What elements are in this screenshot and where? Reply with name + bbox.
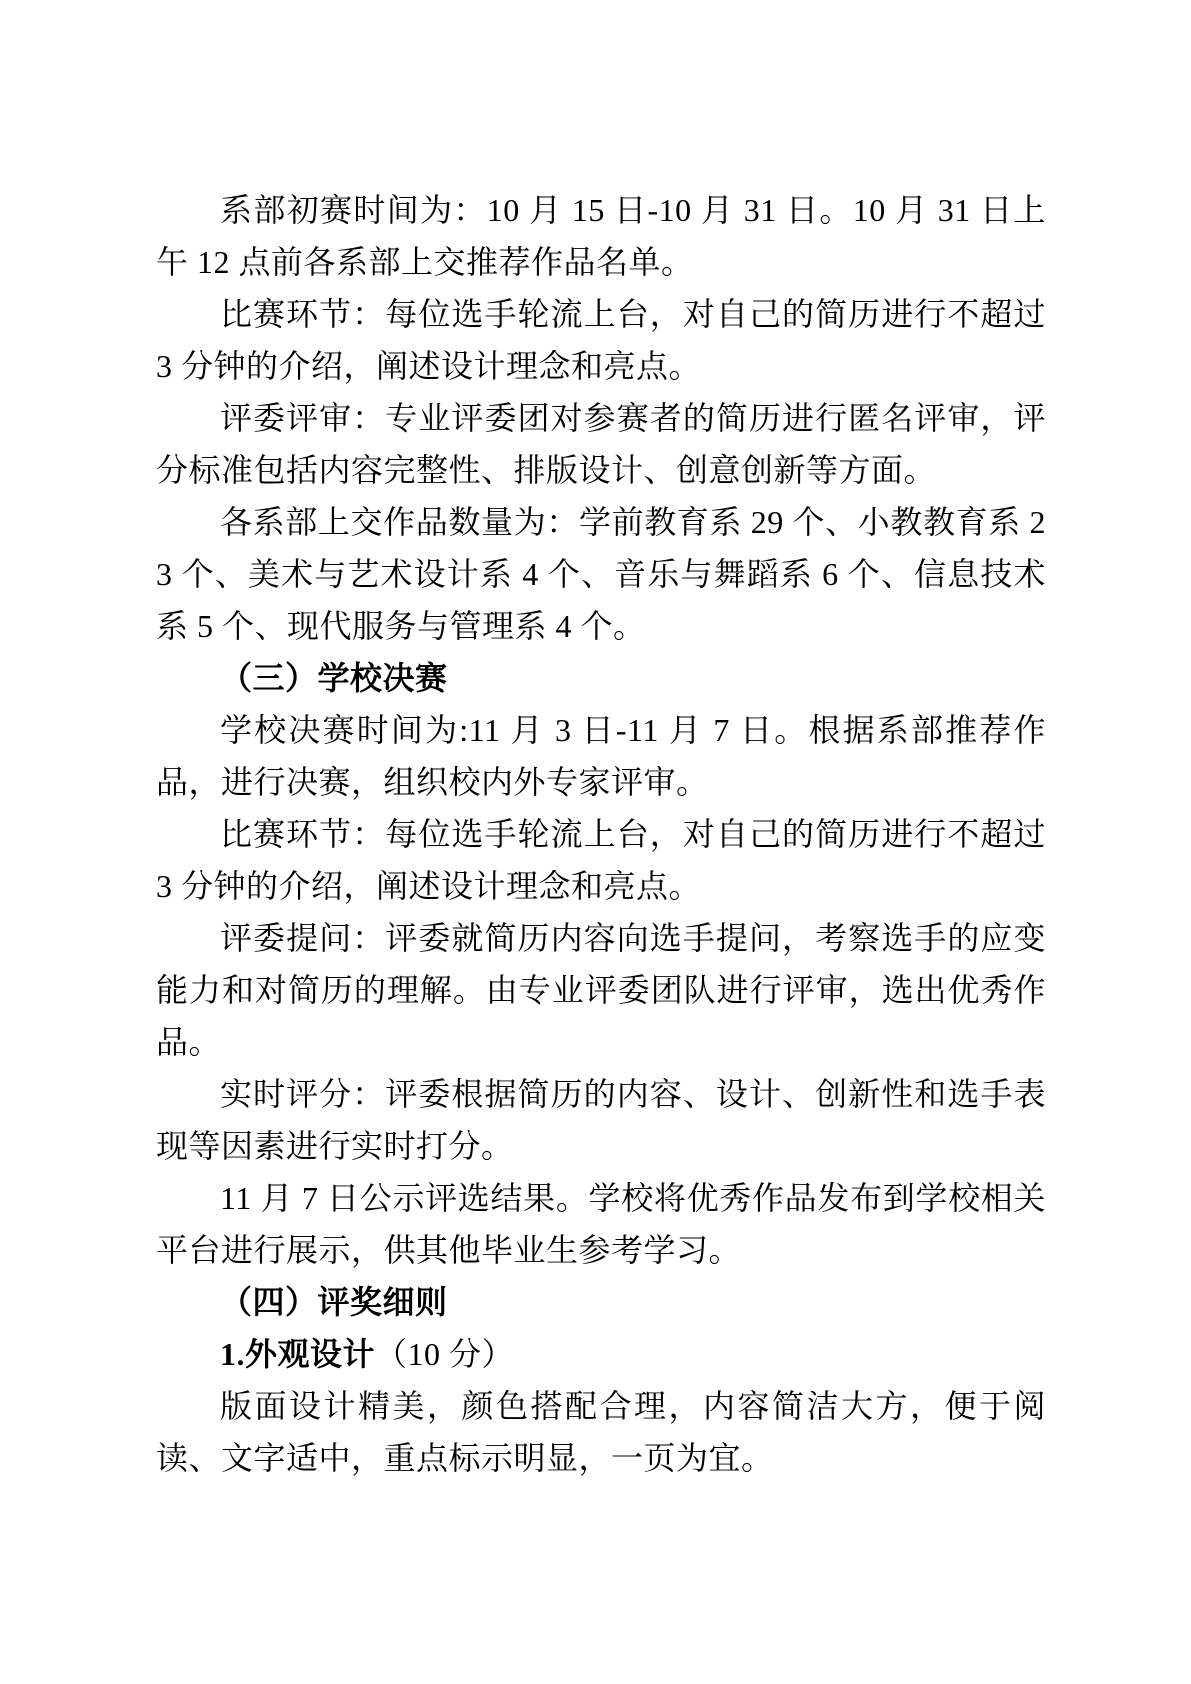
bold-text-run: （四）评奖细则 bbox=[220, 1284, 448, 1320]
body-paragraph: 实时评分：评委根据简历的内容、设计、创新性和选手表现等因素进行实时打分。 bbox=[156, 1068, 1046, 1172]
section-heading: （三）学校决赛 bbox=[156, 652, 1046, 704]
text-run: 评委评审：专业评委团对参赛者的简历进行匿名评审，评分标准包括内容完整性、排版设计… bbox=[156, 400, 1046, 488]
text-run: （10 分） bbox=[375, 1336, 514, 1372]
bold-text-run: 1.外观设计 bbox=[220, 1336, 375, 1372]
text-run: 比赛环节：每位选手轮流上台，对自己的简历进行不超过 3 分钟的介绍，阐述设计理念… bbox=[156, 816, 1046, 904]
body-paragraph: 版面设计精美，颜色搭配合理，内容简洁大方，便于阅读、文字适中，重点标示明显，一页… bbox=[156, 1380, 1046, 1484]
body-paragraph: 学校决赛时间为:11 月 3 日-11 月 7 日。根据系部推荐作品，进行决赛，… bbox=[156, 704, 1046, 808]
body-paragraph: 比赛环节：每位选手轮流上台，对自己的简历进行不超过 3 分钟的介绍，阐述设计理念… bbox=[156, 808, 1046, 912]
body-paragraph: 系部初赛时间为：10 月 15 日-10 月 31 日。10 月 31 日上午 … bbox=[156, 184, 1046, 288]
text-run: 比赛环节：每位选手轮流上台，对自己的简历进行不超过 3 分钟的介绍，阐述设计理念… bbox=[156, 296, 1046, 384]
bold-text-run: （三）学校决赛 bbox=[220, 660, 448, 696]
numbered-heading: 1.外观设计（10 分） bbox=[156, 1328, 1046, 1380]
section-heading: （四）评奖细则 bbox=[156, 1276, 1046, 1328]
body-paragraph: 比赛环节：每位选手轮流上台，对自己的简历进行不超过 3 分钟的介绍，阐述设计理念… bbox=[156, 288, 1046, 392]
body-paragraph: 评委提问：评委就简历内容向选手提问，考察选手的应变能力和对简历的理解。由专业评委… bbox=[156, 912, 1046, 1068]
text-run: 实时评分：评委根据简历的内容、设计、创新性和选手表现等因素进行实时打分。 bbox=[156, 1076, 1046, 1164]
document-page: 系部初赛时间为：10 月 15 日-10 月 31 日。10 月 31 日上午 … bbox=[0, 0, 1191, 1684]
text-run: 11 月 7 日公示评选结果。学校将优秀作品发布到学校相关平台进行展示，供其他毕… bbox=[156, 1180, 1046, 1268]
text-run: 评委提问：评委就简历内容向选手提问，考察选手的应变能力和对简历的理解。由专业评委… bbox=[156, 920, 1046, 1060]
text-column: 系部初赛时间为：10 月 15 日-10 月 31 日。10 月 31 日上午 … bbox=[156, 184, 1046, 1484]
text-run: 系部初赛时间为：10 月 15 日-10 月 31 日。10 月 31 日上午 … bbox=[156, 192, 1046, 280]
text-run: 各系部上交作品数量为：学前教育系 29 个、小教教育系 23 个、美术与艺术设计… bbox=[156, 504, 1046, 644]
text-run: 版面设计精美，颜色搭配合理，内容简洁大方，便于阅读、文字适中，重点标示明显，一页… bbox=[156, 1388, 1046, 1476]
body-paragraph: 11 月 7 日公示评选结果。学校将优秀作品发布到学校相关平台进行展示，供其他毕… bbox=[156, 1172, 1046, 1276]
text-run: 学校决赛时间为:11 月 3 日-11 月 7 日。根据系部推荐作品，进行决赛，… bbox=[156, 712, 1046, 800]
body-paragraph: 评委评审：专业评委团对参赛者的简历进行匿名评审，评分标准包括内容完整性、排版设计… bbox=[156, 392, 1046, 496]
body-paragraph: 各系部上交作品数量为：学前教育系 29 个、小教教育系 23 个、美术与艺术设计… bbox=[156, 496, 1046, 652]
